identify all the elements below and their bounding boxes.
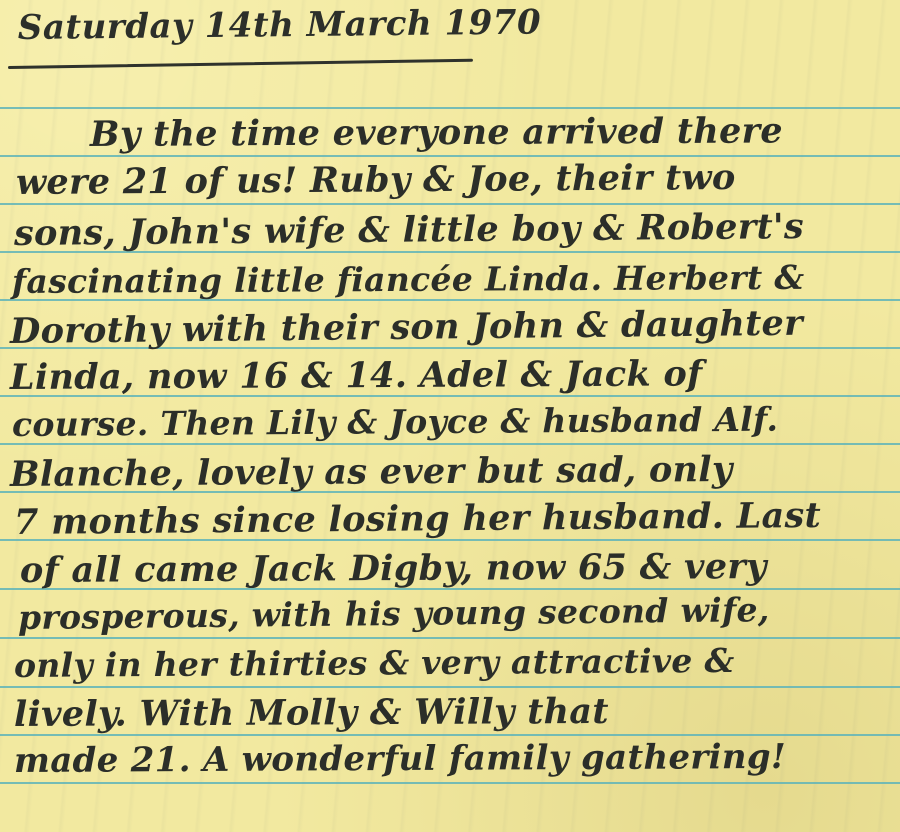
handwritten-line: sons, John's wife & little boy & Robert'… [14,206,804,254]
handwritten-line: made 21. A wonderful family gathering! [14,737,786,781]
diary-date-heading: Saturday 14th March 1970 [18,3,542,48]
handwritten-line: By the time everyone arrived there [90,110,783,155]
ruled-line [0,782,900,784]
handwritten-line: course. Then Lily & Joyce & husband Alf. [12,400,778,444]
handwritten-line: prosperous, with his young second wife, [18,590,770,637]
ruled-line [0,443,900,445]
ruled-line [0,686,900,688]
handwritten-line: Blanche, lovely as ever but sad, only [10,449,733,495]
handwritten-line: of all came Jack Digby, now 65 & very [20,546,767,591]
heading-underline [8,59,473,69]
handwritten-line: fascinating little fiancée Linda. Herber… [12,258,805,301]
handwritten-line: lively. With Molly & Willy that [14,691,609,735]
handwritten-line: Dorothy with their son John & daughter [10,303,803,352]
ruled-line [0,155,900,157]
diary-page: Saturday 14th March 1970 By the time eve… [0,0,900,832]
handwritten-line: only in her thirties & very attractive & [14,641,735,685]
handwritten-line: 7 months since losing her husband. Last [14,495,821,543]
ruled-line [0,107,900,109]
ruled-line [0,203,900,205]
handwritten-line: Linda, now 16 & 14. Adel & Jack of [10,353,703,398]
ruled-line [0,637,900,639]
handwritten-line: were 21 of us! Ruby & Joe, their two [16,157,736,203]
